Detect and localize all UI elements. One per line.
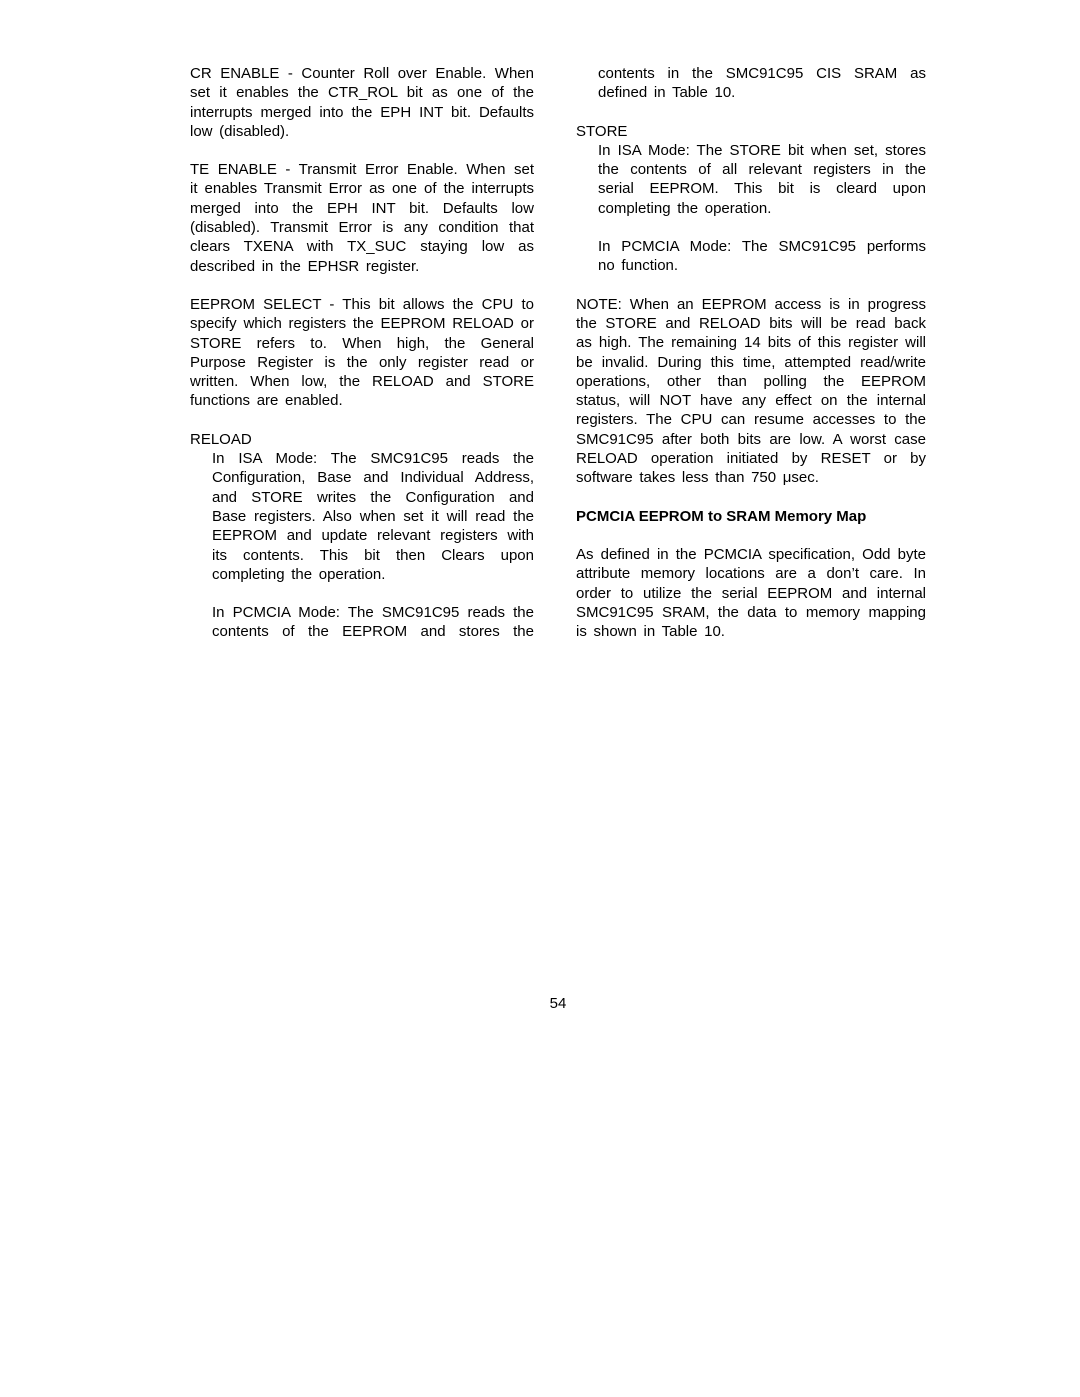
paragraph-eeprom-select: EEPROM SELECT - This bit allows the CPU … xyxy=(190,295,534,411)
heading-reload: RELOAD xyxy=(190,430,534,449)
heading-pcmcia-eeprom-sram-memory-map: PCMCIA EEPROM to SRAM Memory Map xyxy=(576,507,926,526)
left-column: CR ENABLE - Counter Roll over Enable. Wh… xyxy=(190,64,534,642)
paragraph-cr-enable: CR ENABLE - Counter Roll over Enable. Wh… xyxy=(190,64,534,141)
paragraph-reload-pcmcia-continuation: contents in the SMC91C95 CIS SRAM as def… xyxy=(598,64,926,103)
paragraph-reload-isa-mode: In ISA Mode: The SMC91C95 reads the Conf… xyxy=(212,449,534,584)
document-page: CR ENABLE - Counter Roll over Enable. Wh… xyxy=(0,0,1080,1397)
paragraph-pcmcia-memory-map: As defined in the PCMCIA specification, … xyxy=(576,545,926,641)
paragraph-reload-pcmcia-mode: In PCMCIA Mode: The SMC91C95 reads the c… xyxy=(212,603,534,642)
paragraph-note-eeprom-access: NOTE: When an EEPROM access is in progre… xyxy=(576,295,926,488)
heading-store: STORE xyxy=(576,122,926,141)
page-number: 54 xyxy=(190,994,926,1013)
right-column: contents in the SMC91C95 CIS SRAM as def… xyxy=(576,64,926,641)
paragraph-te-enable: TE ENABLE - Transmit Error Enable. When … xyxy=(190,160,534,276)
paragraph-store-pcmcia-mode: In PCMCIA Mode: The SMC91C95 performs no… xyxy=(598,237,926,276)
paragraph-store-isa-mode: In ISA Mode: The STORE bit when set, sto… xyxy=(598,141,926,218)
